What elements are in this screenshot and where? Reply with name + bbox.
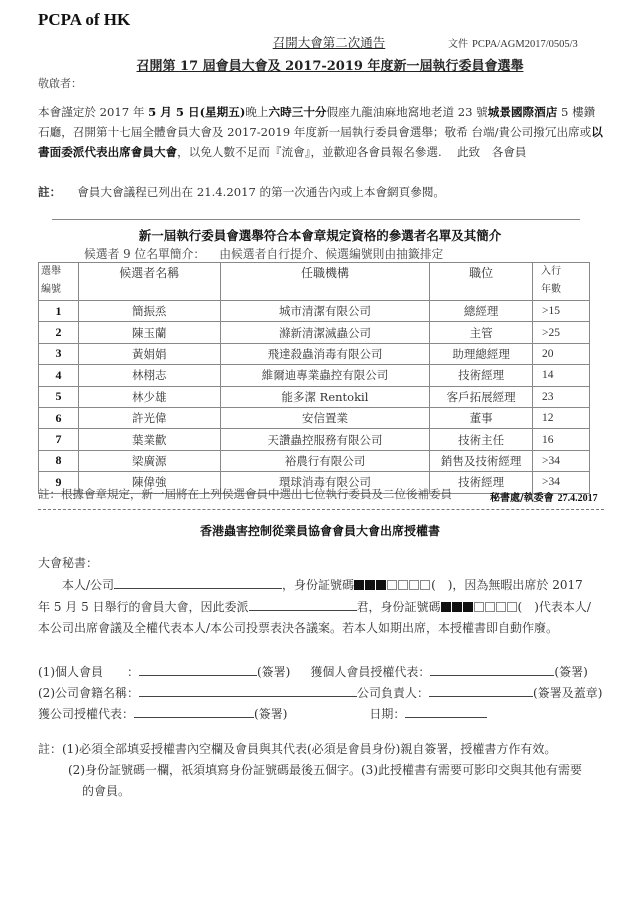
column-header-years: 入行年數 [533, 263, 590, 301]
proxy-name-field[interactable] [249, 598, 357, 611]
column-header-name: 候選者名稱 [78, 263, 220, 301]
divider [52, 219, 580, 220]
company-officer-signature-field[interactable] [429, 684, 533, 697]
form-note-3: 的會員。 [82, 782, 130, 799]
company-member-row: (2)公司會籍名稱：公司負責人：(簽署及蓋章) [38, 684, 602, 701]
form-note-1: 註：(1)必須全部填妥授權書內空欄及會員與其代表(必須是會員身份)親自簽署，授權… [38, 740, 556, 757]
table-row: 1簡振烝城市清潔有限公司總經理>15 [39, 301, 590, 322]
table-row: 7葉業歡天讚蟲控服務有限公司技術主任16 [39, 429, 590, 450]
table-row: 6許光偉安信置業董事12 [39, 407, 590, 428]
proxy-line-2: 年 5 月 5 日舉行的會員大會，因此委派君，身份証號碼( )代表本人/ [38, 598, 591, 615]
company-proxy-signature-field[interactable] [134, 705, 254, 718]
organization-name: PCPA of HK [38, 10, 130, 30]
table-row: 8梁廣源裕農行有限公司銷售及技術經理>34 [39, 450, 590, 471]
individual-member-row: (1)個人會員 ：(簽署)獲個人會員授權代表：(簽署) [38, 663, 588, 680]
table-row: 3黃娟娟飛達殺蟲消毒有限公司助理總經理20 [39, 343, 590, 364]
proxy-id-number-boxes[interactable] [441, 600, 518, 614]
table-row: 4林栩志維爾迪專業蟲控有限公司技術經理14 [39, 365, 590, 386]
notice-paragraph: 本會謹定於 2017 年 5 月 5 日(星期五)晚上六時三十分假座九龍油麻地窩… [38, 102, 604, 162]
proxy-form-title: 香港蟲害控制從業員協會會員大會出席授權書 [0, 522, 640, 539]
candidates-table: 選舉編號 候選者名稱 任職機構 職位 入行年數 1簡振烝城市清潔有限公司總經理>… [38, 262, 590, 494]
id-number-boxes[interactable] [354, 578, 431, 592]
candidates-subtitle: 候選者 9 位名單簡介：由候選者自行提介、候選編號則由抽籤排定 [84, 245, 443, 262]
form-note-2: (2)身份証號碼一欄，祇須填寫身份証號碼最後五個字。(3)此授權書有需要可影印交… [68, 761, 582, 778]
individual-proxy-signature-field[interactable] [430, 663, 554, 676]
proxy-line-3: 本公司出席會議及全權代表本人/本公司投票表決各議案。若本人如期出席，本授權書即自… [38, 619, 558, 636]
company-proxy-row: 獲公司授權代表：(簽署)日期： [38, 705, 487, 722]
proxy-line-1: 本人/公司，身份証號碼( )，因為無暇出席於 2017 [62, 576, 583, 593]
addressee: 大會秘書： [38, 554, 98, 571]
agenda-note: 註：會員大會議程已列出在 21.4.2017 的第一次通告內或上本會網頁參閱。 [38, 184, 445, 200]
election-rule-note: 註：根據會章規定，新一屆將在上列侯選會員中選出七位執行委員及二位後補委員 [38, 486, 452, 502]
document-number: 文件PCPA/AGM2017/0505/3 [448, 35, 578, 50]
individual-member-signature-field[interactable] [139, 663, 257, 676]
company-name-field[interactable] [139, 684, 357, 697]
candidates-title: 新一屆執行委員會選舉符合本會章規定資格的參選者名單及其簡介 [0, 226, 640, 244]
table-row: 5林少雄能多潔 Rentokil客戶拓展經理23 [39, 386, 590, 407]
meeting-title: 召開第 17 屆會員大會及 2017-2019 年度新一屆執行委員會選舉 [0, 55, 640, 74]
cut-line [38, 509, 604, 510]
column-header-organization: 任職機構 [220, 263, 430, 301]
table-row: 2陳玉蘭滌新清潔滅蟲公司主管>25 [39, 322, 590, 343]
signature: 秘書處/執委會27.4.2017 [490, 489, 598, 504]
greeting: 敬啟者： [38, 75, 82, 91]
date-field[interactable] [405, 705, 487, 718]
column-header-position: 職位 [430, 263, 533, 301]
member-name-field[interactable] [114, 576, 282, 589]
table-header-row: 選舉編號 候選者名稱 任職機構 職位 入行年數 [39, 263, 590, 301]
column-header-number: 選舉編號 [39, 263, 79, 301]
